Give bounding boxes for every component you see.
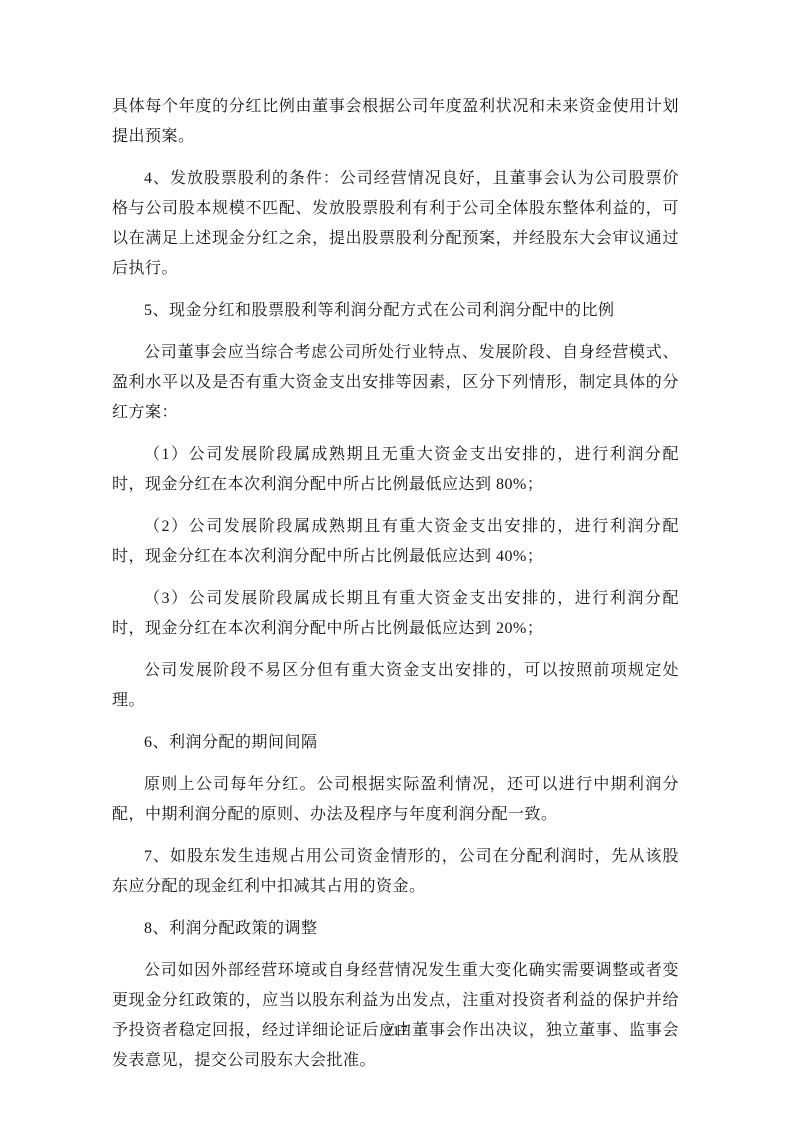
- paragraph-item-7-fund-occupation: 7、如股东发生违规占用公司资金情形的，公司在分配利润时，先从该股东应分配的现金红…: [112, 842, 679, 902]
- paragraph-stage-unclear-note: 公司发展阶段不易区分但有重大资金支出安排的，可以按照前项规定处理。: [112, 656, 679, 716]
- paragraph-sub-2-mature-with-capex: （2）公司发展阶段属成熟期且有重大资金支出安排的，进行利润分配时，现金分红在本次…: [112, 512, 679, 572]
- paragraph-item-8-body: 公司如因外部经营环境或自身经营情况发生重大变化确实需要调整或者变更现金分红政策的…: [112, 956, 679, 1076]
- document-body: 具体每个年度的分红比例由董事会根据公司年度盈利状况和未来资金使用计划提出预案。 …: [112, 92, 679, 1088]
- document-page: 具体每个年度的分红比例由董事会根据公司年度盈利状况和未来资金使用计划提出预案。 …: [0, 0, 793, 1122]
- paragraph-sub-3-growth-with-capex: （3）公司发展阶段属成长期且有重大资金支出安排的，进行利润分配时，现金分红在本次…: [112, 584, 679, 644]
- page-footer: 217: [0, 1022, 793, 1040]
- paragraph-item-6-body: 原则上公司每年分红。公司根据实际盈利情况，还可以进行中期利润分配，中期利润分配的…: [112, 770, 679, 830]
- paragraph-item-5-body: 公司董事会应当综合考虑公司所处行业特点、发展阶段、自身经营模式、盈利水平以及是否…: [112, 338, 679, 428]
- paragraph-item-5-heading: 5、现金分红和股票股利等利润分配方式在公司利润分配中的比例: [112, 296, 679, 326]
- paragraph-item-8-heading: 8、利润分配政策的调整: [112, 914, 679, 944]
- paragraph-item-6-heading: 6、利润分配的期间间隔: [112, 728, 679, 758]
- paragraph-continuation: 具体每个年度的分红比例由董事会根据公司年度盈利状况和未来资金使用计划提出预案。: [112, 92, 679, 152]
- page-number: 217: [385, 1024, 409, 1039]
- paragraph-item-4-stock-dividend-conditions: 4、发放股票股利的条件：公司经营情况良好，且董事会认为公司股票价格与公司股本规模…: [112, 164, 679, 284]
- paragraph-sub-1-mature-no-capex: （1）公司发展阶段属成熟期且无重大资金支出安排的，进行利润分配时，现金分红在本次…: [112, 440, 679, 500]
